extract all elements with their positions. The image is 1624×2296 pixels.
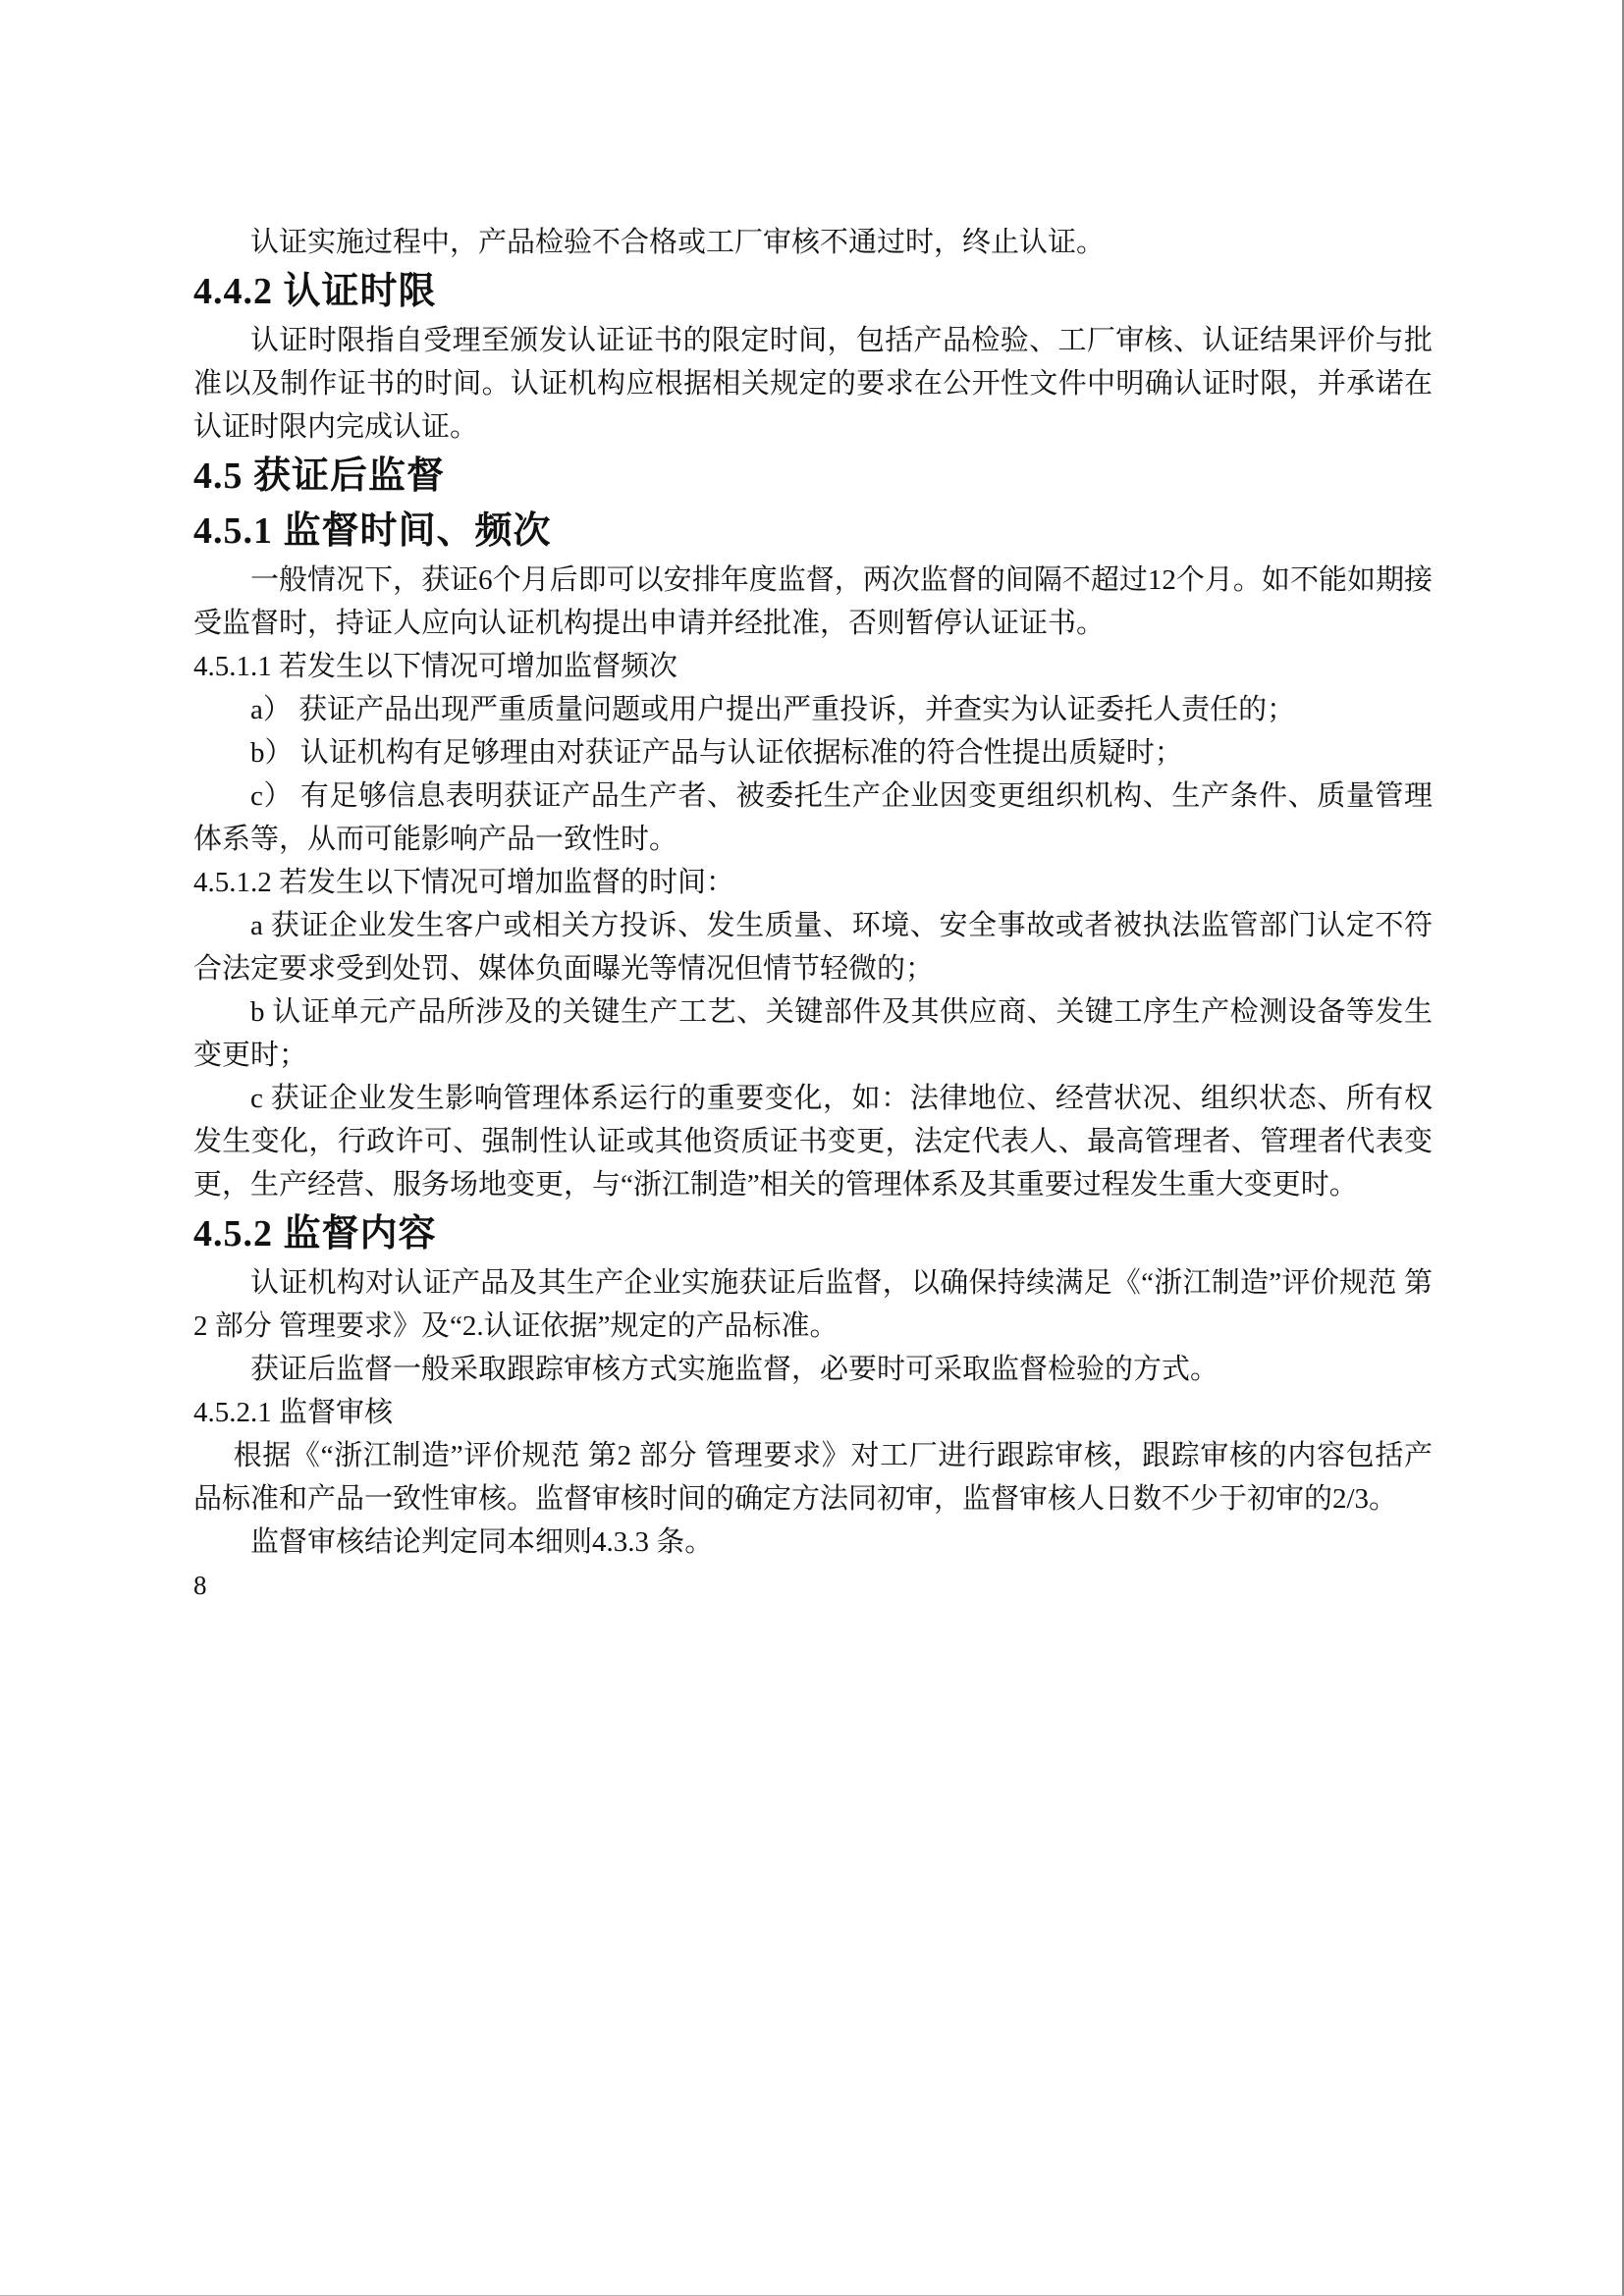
list-item-a1: a） 获证产品出现严重质量问题或用户提出严重投诉，并查实为认证委托人责任的； bbox=[193, 688, 1433, 731]
list-item-c1: c） 有足够信息表明获证产品生产者、被委托生产企业因变更组织机构、生产条件、质量… bbox=[193, 774, 1433, 861]
list-item-a2: a 获证企业发生客户或相关方投诉、发生质量、环境、安全事故或者被执法监管部门认定… bbox=[193, 904, 1433, 990]
clause-4-5-1-1: 4.5.1.1 若发生以下情况可增加监督频次 bbox=[193, 645, 1433, 688]
clause-4-5-1-2: 4.5.1.2 若发生以下情况可增加监督的时间： bbox=[193, 861, 1433, 904]
list-item-c2: c 获证企业发生影响管理体系运行的重要变化，如：法律地位、经营状况、组织状态、所… bbox=[193, 1077, 1433, 1206]
paragraph-cert-time-limit: 认证时限指自受理至颁发认证证书的限定时间，包括产品检验、工厂审核、认证结果评价与… bbox=[193, 319, 1433, 449]
paragraph-tracking-audit: 根据《“浙江制造”评价规范 第2 部分 管理要求》对工厂进行跟踪审核，跟踪审核的… bbox=[193, 1434, 1433, 1521]
heading-4-5-2: 4.5.2 监督内容 bbox=[193, 1206, 1433, 1261]
paragraph-audit-conclusion: 监督审核结论判定同本细则4.3.3 条。 bbox=[193, 1521, 1433, 1564]
heading-4-5: 4.5 获证后监督 bbox=[193, 449, 1433, 504]
list-item-b2: b 认证单元产品所涉及的关键生产工艺、关键部件及其供应商、关键工序生产检测设备等… bbox=[193, 990, 1433, 1077]
clause-4-5-2-1: 4.5.2.1 监督审核 bbox=[193, 1391, 1433, 1434]
document-page: 认证实施过程中，产品检验不合格或工厂审核不通过时，终止认证。 4.4.2 认证时… bbox=[0, 0, 1624, 2296]
paragraph-supervision-content-2: 获证后监督一般采取跟踪审核方式实施监督，必要时可采取监督检验的方式。 bbox=[193, 1348, 1433, 1391]
page-number: 8 bbox=[193, 1564, 1433, 1607]
paragraph-termination: 认证实施过程中，产品检验不合格或工厂审核不通过时，终止认证。 bbox=[193, 221, 1433, 264]
paragraph-supervision-content-1: 认证机构对认证产品及其生产企业实施获证后监督，以确保持续满足《“浙江制造”评价规… bbox=[193, 1261, 1433, 1348]
paragraph-supervision-schedule: 一般情况下，获证6个月后即可以安排年度监督，两次监督的间隔不超过12个月。如不能… bbox=[193, 559, 1433, 645]
list-item-b1: b） 认证机构有足够理由对获证产品与认证依据标准的符合性提出质疑时； bbox=[193, 731, 1433, 774]
heading-4-5-1: 4.5.1 监督时间、频次 bbox=[193, 504, 1433, 559]
heading-4-4-2: 4.4.2 认证时限 bbox=[193, 264, 1433, 319]
